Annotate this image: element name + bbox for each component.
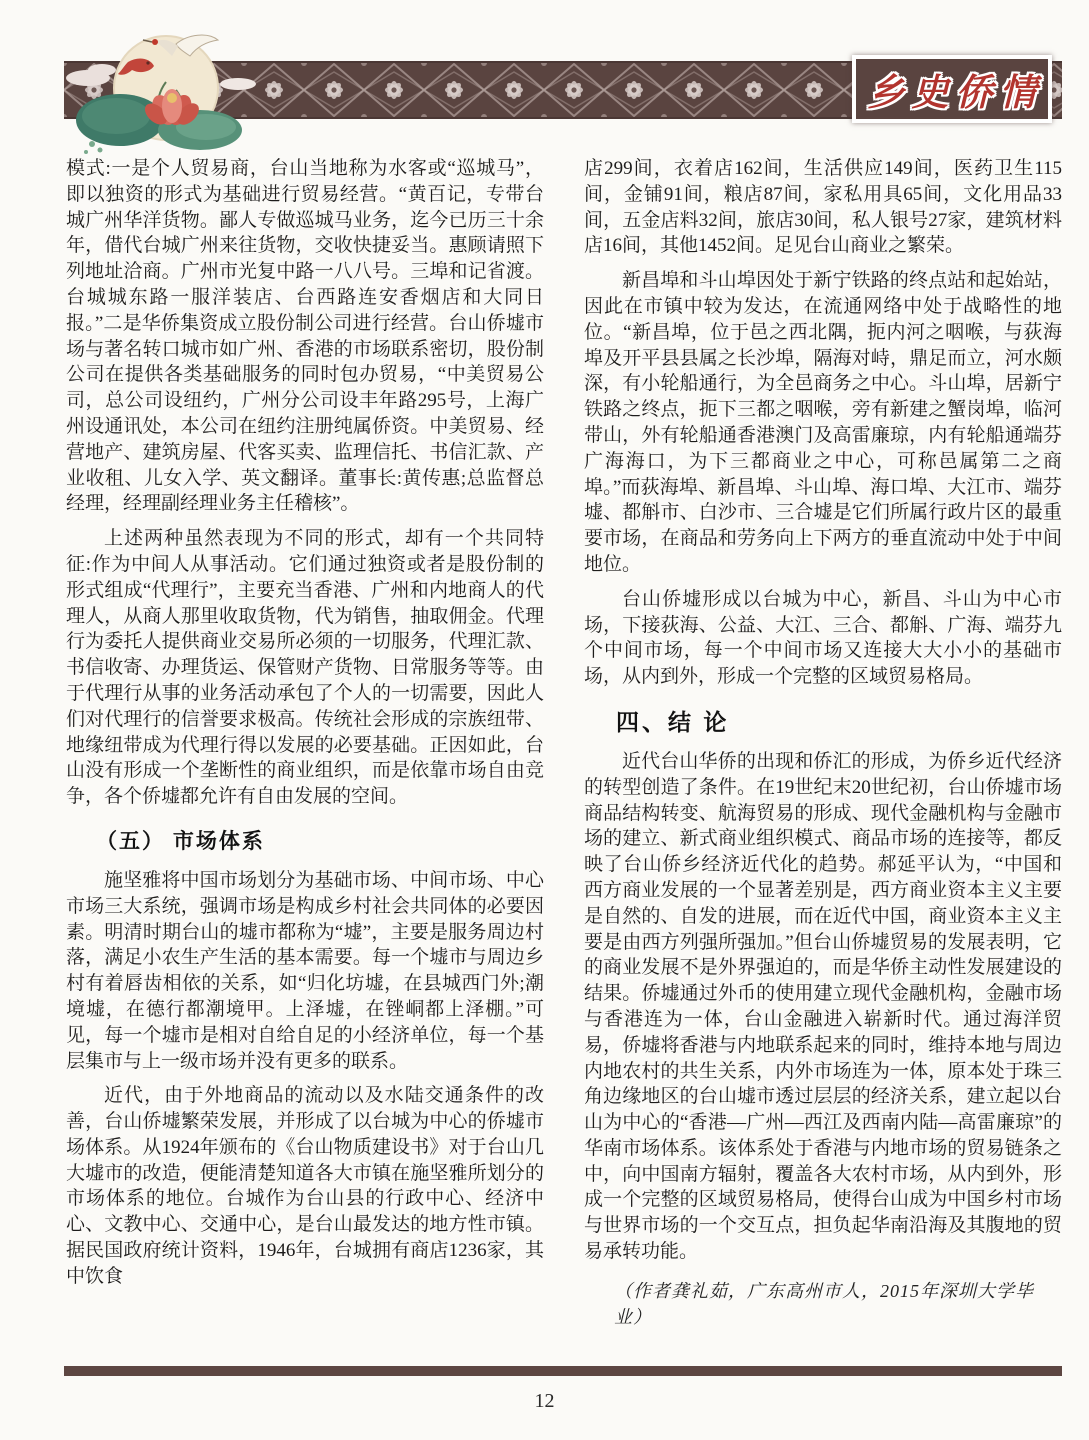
article-body: 模式:一是个人贸易商，台山当地称为水客或“巡城马”，即以独资的形式为基础进行贸易… [66, 156, 1062, 1339]
page-number: 12 [0, 1390, 1089, 1413]
paragraph-skinner-markets: 施坚雅将中国市场划分为基础市场、中间市场、中心市场三大系统，强调市场是构成乡村社… [66, 868, 544, 1074]
paragraph-conclusion: 近代台山华侨的出现和侨汇的形成，为侨乡近代经济的转型创造了条件。在19世纪末20… [584, 749, 1062, 1265]
paragraph-agency-houses: 上述两种虽然表现为不同的形式，却有一个共同特征:作为中间人从事活动。它们通过独资… [66, 526, 544, 810]
paragraph-railway-ports: 新昌埠和斗山埠因处于新宁铁路的终点站和起始站，因此在市镇中较为发达，在流通网络中… [584, 268, 1062, 578]
lotus-koi-illustration [58, 26, 270, 158]
masthead-title-box: 乡史侨情 [852, 55, 1052, 123]
masthead-title: 乡史侨情 [861, 62, 1044, 116]
magazine-page: 乡史侨情 模式:一是个人贸易商，台山当地称为水客或“巡城马”，即以独资的形式为基… [0, 0, 1089, 1440]
author-note: （作者龚礼茹，广东高州市人，2015年深圳大学毕业） [584, 1279, 1062, 1331]
section-heading-market-system: （五） 市场体系 [66, 825, 544, 855]
section-heading-conclusion: 四、结 论 [584, 704, 1062, 737]
right-column: 店299间，衣着店162间，生活供应149间，医药卫生115间，金铺91间，粮店… [584, 156, 1062, 1339]
paragraph-shop-statistics: 店299间，衣着店162间，生活供应149间，医药卫生115间，金铺91间，粮店… [584, 156, 1062, 259]
paragraph-trade-modes: 模式:一是个人贸易商，台山当地称为水客或“巡城马”，即以独资的形式为基础进行贸易… [66, 156, 544, 517]
paragraph-modern-market-network: 近代，由于外地商品的流动以及水陆交通条件的改善，台山侨墟繁荣发展，并形成了以台城… [66, 1083, 544, 1289]
paragraph-market-hierarchy: 台山侨墟形成以台城为中心，新昌、斗山为中心市场，下接荻海、公益、大江、三合、都斛… [584, 587, 1062, 690]
footer-rule [64, 1366, 1062, 1376]
left-column: 模式:一是个人贸易商，台山当地称为水客或“巡城马”，即以独资的形式为基础进行贸易… [66, 156, 544, 1339]
